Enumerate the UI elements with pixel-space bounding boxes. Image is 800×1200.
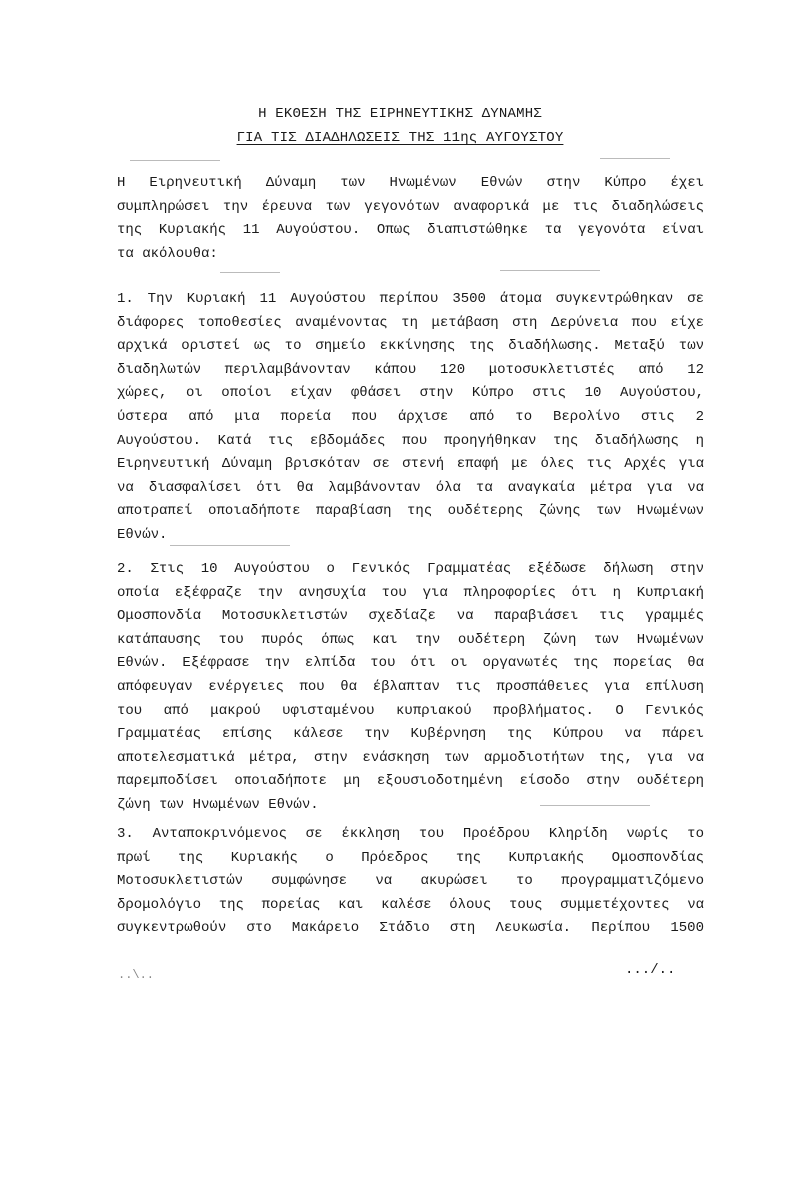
text-line: Μοτοσυκλετιστών συμφώνησε να ακυρώσει το… [117, 870, 704, 894]
text-line: πρωί της Κυριακής ο Πρόεδρος της Κυπριακ… [117, 847, 704, 871]
text-line: συγκεντρωθούν στο Μακάρειο Στάδιο στη Λε… [117, 917, 704, 941]
text-line: Ομοσπονδία Μοτοσυκλετιστών σχεδίαζε να π… [117, 605, 704, 629]
text-line: ύστερα από μια πορεία που άρχισε από το … [117, 406, 704, 430]
scan-noise [220, 272, 280, 273]
text-line: Εθνών. [117, 524, 704, 548]
scan-noise [600, 158, 670, 159]
text-line: διαδηλωτών περιλαμβάνονταν κάπου 120 μοτ… [117, 359, 704, 383]
paragraph-3: 3. Ανταποκρινόμενος σε έκκληση του Προέδ… [117, 823, 704, 941]
text-line: συμπληρώσει την έρευνα των γεγονότων ανα… [117, 196, 704, 220]
text-line: παρεμποδίσει οποιαδήποτε μη εξουσιοδοτημ… [117, 770, 704, 794]
paragraph-2: 2. Στις 10 Αυγούστου ο Γενικός Γραμματέα… [117, 558, 704, 818]
text-line: της Κυριακής 11 Αυγούστου. Οπως διαπιστώ… [117, 219, 704, 243]
text-line: Η Ειρηνευτική Δύναμη των Ηνωμένων Εθνών … [117, 172, 704, 196]
scan-mark: ..\.. [118, 968, 154, 982]
text-line: κατάπαυσης του πυρός όπως και την ουδέτε… [117, 629, 704, 653]
text-line: Ειρηνευτική Δύναμη βρισκόταν σε στενή επ… [117, 453, 704, 477]
text-line: οποία εξέφραζε την ανησυχία του για πληρ… [117, 582, 704, 606]
continuation-mark: .../.. [625, 962, 675, 978]
text-line: χώρες, οι οποίοι είχαν φθάσει στην Κύπρο… [117, 382, 704, 406]
text-line: 2. Στις 10 Αυγούστου ο Γενικός Γραμματέα… [117, 558, 704, 582]
scan-noise [170, 545, 290, 546]
text-line: 3. Ανταποκρινόμενος σε έκκληση του Προέδ… [117, 823, 704, 847]
text-line: διάφορες τοποθεσίες αναμένοντας τη μετάβ… [117, 312, 704, 336]
paragraph-1: 1. Την Κυριακή 11 Αυγούστου περίπου 3500… [117, 288, 704, 548]
scan-noise [130, 160, 220, 161]
text-line: Εθνών. Εξέφρασε την ελπίδα του ότι οι ορ… [117, 652, 704, 676]
text-line: απόφευγαν ενέργειες που θα έβλαπταν τις … [117, 676, 704, 700]
document-title: Η ΕΚΘΕΣΗ ΤΗΣ ΕΙΡΗΝΕΥΤΙΚΗΣ ΔΥΝΑΜΗΣ [0, 106, 800, 122]
text-line: 1. Την Κυριακή 11 Αυγούστου περίπου 3500… [117, 288, 704, 312]
scan-noise [540, 805, 650, 806]
text-line: τα ακόλουθα: [117, 243, 704, 267]
text-line: αποτραπεί οποιαδήποτε παραβίαση της ουδέ… [117, 500, 704, 524]
text-line: αποτελεσματικά μέτρα, στην ενάσκηση των … [117, 747, 704, 771]
intro-paragraph: Η Ειρηνευτική Δύναμη των Ηνωμένων Εθνών … [117, 172, 704, 266]
text-line: δρομολόγιο της πορείας και καλέσε όλους … [117, 894, 704, 918]
text-line: Αυγούστου. Κατά τις εβδομάδες που προηγή… [117, 430, 704, 454]
scan-noise [500, 270, 600, 271]
text-line: να διασφαλίσει ότι θα λαμβάνονταν όλα τα… [117, 477, 704, 501]
text-line: Γραμματέας επίσης κάλεσε την Κυβέρνηση τ… [117, 723, 704, 747]
text-line: αρχικά οριστεί ως το σημείο εκκίνησης τη… [117, 335, 704, 359]
document-subtitle: ΓΙΑ ΤΙΣ ΔΙΑΔΗΛΩΣΕΙΣ ΤΗΣ 11ης ΑΥΓΟΥΣΤΟΥ [0, 130, 800, 146]
text-line: του από μακρού υφισταμένου κυπριακού προ… [117, 700, 704, 724]
